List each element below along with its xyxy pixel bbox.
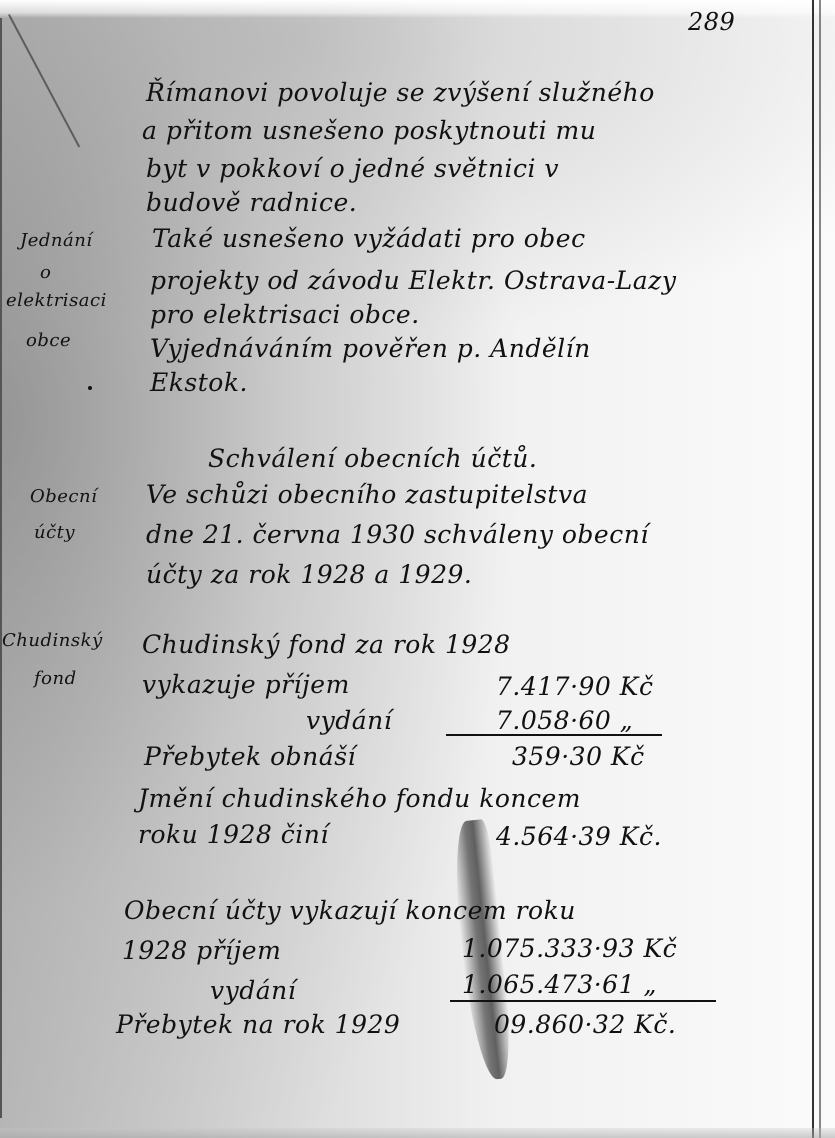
body-line: roku 1928 činí xyxy=(138,820,329,849)
body-line: Římanovi povoluje se zvýšení služného xyxy=(146,78,655,107)
body-line: 1928 příjem xyxy=(122,936,281,965)
page-fold-crease xyxy=(8,14,80,147)
sum-rule xyxy=(450,1000,716,1002)
amount-surplus: 09.860·32 Kč. xyxy=(494,1010,676,1039)
page-right-edge-shadow xyxy=(819,0,821,1138)
margin-note: o xyxy=(40,262,51,283)
amount-income: 7.417·90 Kč xyxy=(496,672,653,701)
body-line: Chudinský fond za rok 1928 xyxy=(142,630,511,659)
margin-note: Jednání xyxy=(20,230,93,251)
body-line: účty za rok 1928 a 1929. xyxy=(146,560,472,589)
body-line: pro elektrisaci obce. xyxy=(150,300,420,329)
page-bottom-edge xyxy=(0,1128,835,1138)
scanned-document-page: 289 Římanovi povoluje se zvýšení služnéh… xyxy=(0,0,835,1138)
body-line: vykazuje příjem xyxy=(142,670,350,699)
amount-assets: 4.564·39 Kč. xyxy=(496,822,662,851)
body-line: dne 21. června 1930 schváleny obecní xyxy=(146,520,649,549)
margin-note: účty xyxy=(34,522,75,543)
margin-note: Obecní xyxy=(30,486,97,507)
amount-expense: 1.065.473·61 „ xyxy=(462,970,657,999)
body-line: Vyjednáváním pověřen p. Andělín xyxy=(150,334,591,363)
amount-surplus: 359·30 Kč xyxy=(512,742,645,771)
body-line: Také usnešeno vyžádati pro obec xyxy=(152,224,586,253)
page-right-edge xyxy=(812,0,814,1138)
body-line: budově radnice. xyxy=(146,188,357,217)
body-line: Přebytek na rok 1929 xyxy=(116,1010,400,1039)
margin-note: fond xyxy=(34,668,77,689)
body-line: projekty od závodu Elektr. Ostrava-Lazy xyxy=(150,266,676,295)
page-left-edge xyxy=(0,18,2,1118)
margin-note: obce xyxy=(26,330,71,351)
body-line: vydání xyxy=(306,706,392,735)
body-line: Obecní účty vykazují koncem roku xyxy=(124,896,576,925)
body-line: Ve schůzi obecního zastupitelstva xyxy=(146,480,588,509)
body-line: byt v pokkoví o jedné světnici v xyxy=(146,154,559,183)
body-line: Jmění chudinského fondu koncem xyxy=(138,784,581,813)
amount-income: 1.075.333·93 Kč xyxy=(462,934,677,963)
body-line: Ekstok. xyxy=(150,368,248,397)
section-heading: Schválení obecních účtů. xyxy=(208,444,537,473)
body-line: Přebytek obnáší xyxy=(144,742,356,771)
page-number: 289 xyxy=(688,8,735,36)
margin-note: Chudinský xyxy=(2,630,103,651)
body-line: vydání xyxy=(210,976,296,1005)
margin-note: elektrisaci xyxy=(6,290,107,311)
amount-expense: 7.058·60 „ xyxy=(496,706,633,735)
body-line: a přitom usnešeno poskytnouti mu xyxy=(142,116,596,145)
sum-rule xyxy=(446,734,662,736)
ink-dot xyxy=(88,386,92,390)
